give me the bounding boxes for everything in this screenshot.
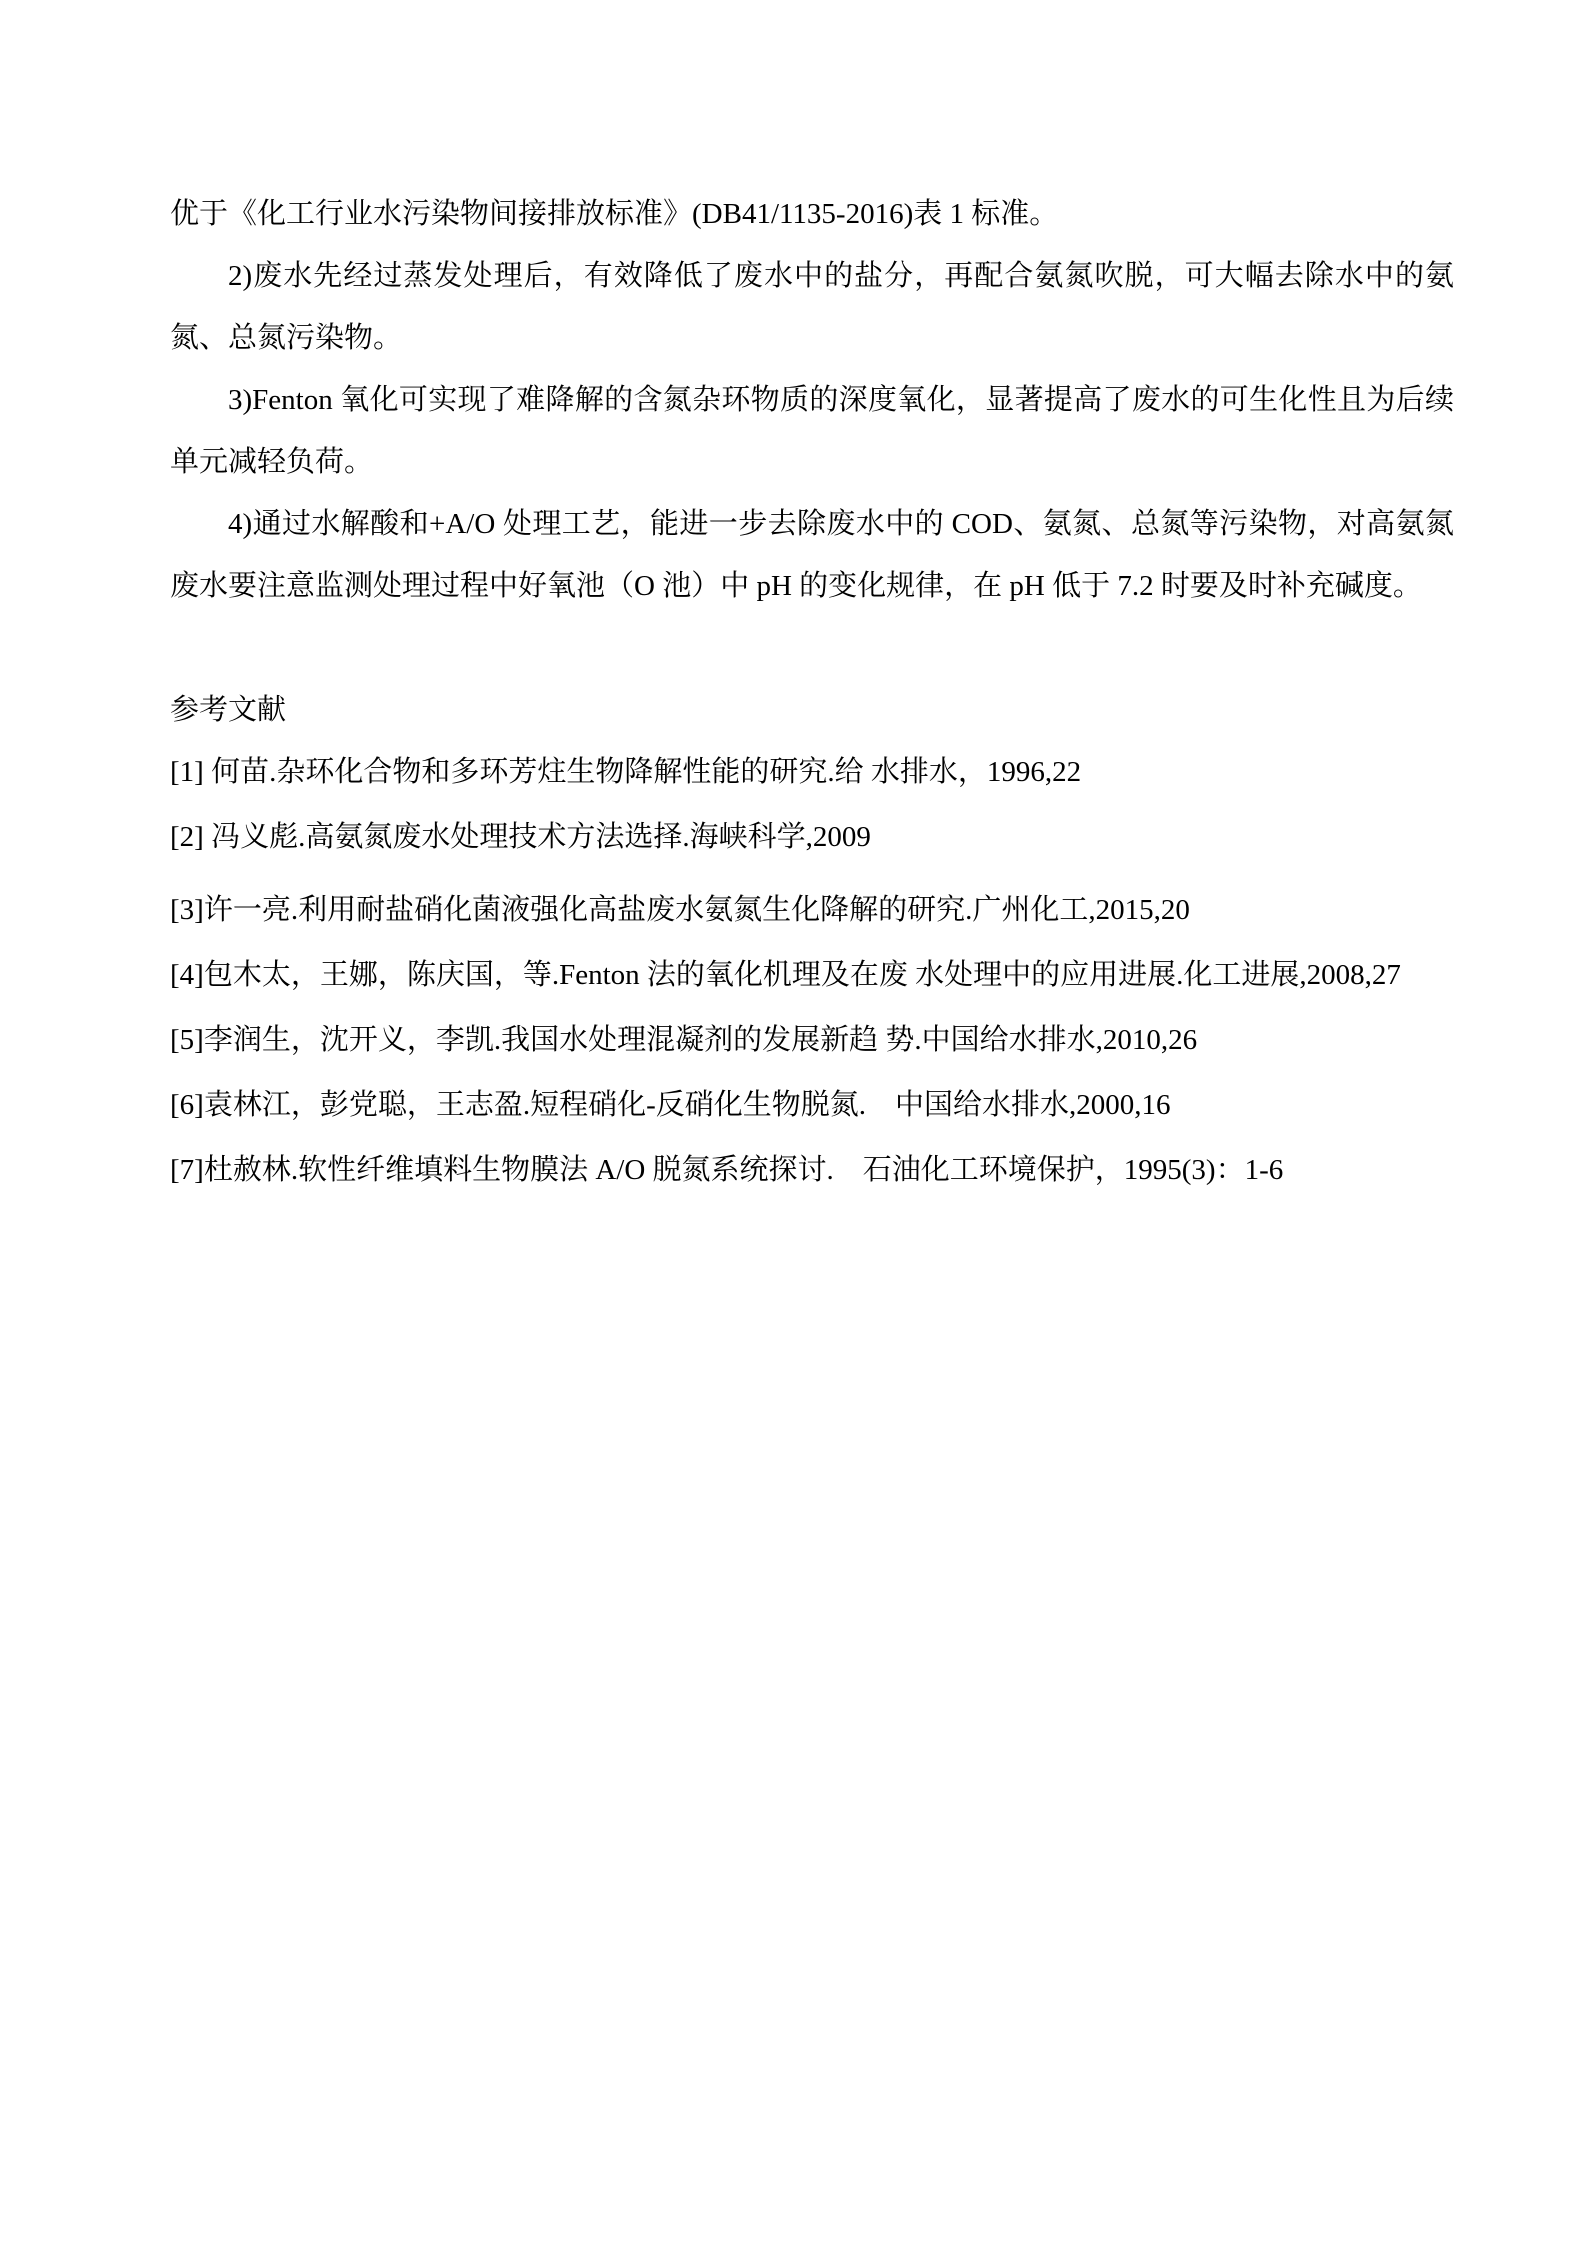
paragraph-conclusion-2: 2)废水先经过蒸发处理后，有效降低了废水中的盐分，再配合氨氮吹脱，可大幅去除水中… <box>170 245 1454 369</box>
paragraph-conclusion-1: 优于《化工行业水污染物间接排放标准》(DB41/1135-2016)表 1 标准… <box>170 183 1454 245</box>
paragraph-conclusion-3: 3)Fenton 氧化可实现了难降解的含氮杂环物质的深度氧化，显著提高了废水的可… <box>170 369 1454 493</box>
reference-item-3: [3]许一亮.利用耐盐硝化菌液强化高盐废水氨氮生化降解的研究.广州化工,2015… <box>170 879 1454 941</box>
reference-item-5: [5]李润生，沈开义，李凯.我国水处理混凝剂的发展新趋 势.中国给水排水,201… <box>170 1009 1454 1071</box>
reference-item-1: [1] 何苗.杂环化合物和多环芳炷生物降解性能的研究.给 水排水，1996,22 <box>170 741 1454 803</box>
reference-item-7: [7]杜赦林.软性纤维填料生物膜法 A/O 脱氮系统探讨. 石油化工环境保护，1… <box>170 1139 1454 1201</box>
references-heading: 参考文献 <box>170 679 1454 741</box>
page-content: 优于《化工行业水污染物间接排放标准》(DB41/1135-2016)表 1 标准… <box>170 183 1454 1204</box>
paragraph-conclusion-4: 4)通过水解酸和+A/O 处理工艺，能进一步去除废水中的 COD、氨氮、总氮等污… <box>170 493 1454 617</box>
reference-item-6: [6]袁林江，彭党聪，王志盈.短程硝化-反硝化生物脱氮. 中国给水排水,2000… <box>170 1074 1454 1136</box>
reference-item-4: [4]包木太，王娜，陈庆国，等.Fenton 法的氧化机理及在废 水处理中的应用… <box>170 944 1454 1006</box>
reference-item-2: [2] 冯义彪.高氨氮废水处理技术方法选择.海峡科学,2009 <box>170 806 1454 868</box>
document-page: 优于《化工行业水污染物间接排放标准》(DB41/1135-2016)表 1 标准… <box>0 0 1587 2245</box>
